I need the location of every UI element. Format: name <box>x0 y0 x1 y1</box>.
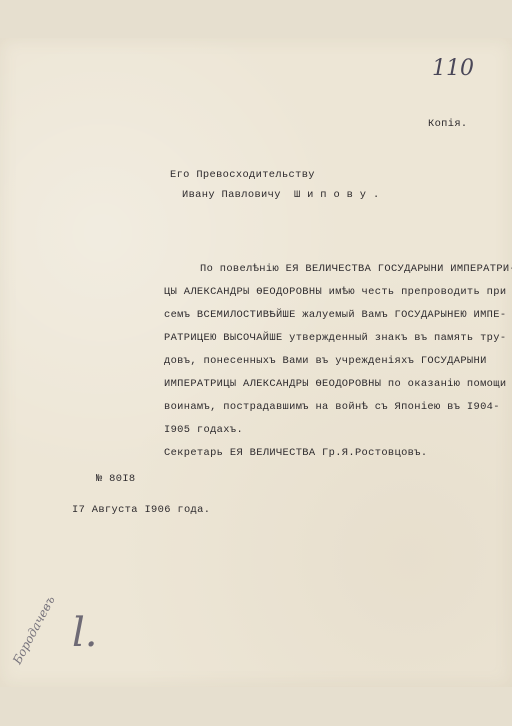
body-line: ИМПЕРАТРИЦЫ АЛЕКСАНДРЫ ѲЕОДОРОВНЫ по ока… <box>164 379 506 389</box>
body-line: РАТРИЦЕЮ ВЫСОЧАЙШЕ утвержденный знакъ въ… <box>164 333 506 343</box>
body-line: ЦЫ АЛЕКСАНДРЫ ѲЕОДОРОВНЫ имѣю честь преп… <box>164 287 506 297</box>
body-line: По повелѣнію ЕЯ ВЕЛИЧЕСТВА ГОСУДАРЫНИ ИМ… <box>200 264 512 274</box>
signature-line: Секретарь ЕЯ ВЕЛИЧЕСТВА Гр.Я.Ростовцовъ. <box>164 448 427 458</box>
initial-mark-handwritten: l. <box>72 610 98 656</box>
document-date: I7 Августа I906 года. <box>72 505 210 515</box>
body-line: I905 годахъ. <box>164 425 243 435</box>
copy-label: Копія. <box>428 119 468 129</box>
archive-number-handwritten: 110 <box>432 56 474 81</box>
body-line: воинамъ, пострадавшимъ на войнѣ съ Японі… <box>164 402 500 412</box>
addressee-title: Его Превосходительству <box>170 170 315 180</box>
body-line: семъ ВСЕМИЛОСТИВѢЙШЕ жалуемый Вамъ ГОСУД… <box>164 310 506 320</box>
body-line: довъ, понесенныхъ Вами въ учрежденіяхъ Г… <box>164 356 487 366</box>
document-number: № 80I8 <box>96 474 136 484</box>
addressee-name: Ивану Павловичу Ш и п о в у . <box>182 190 380 200</box>
